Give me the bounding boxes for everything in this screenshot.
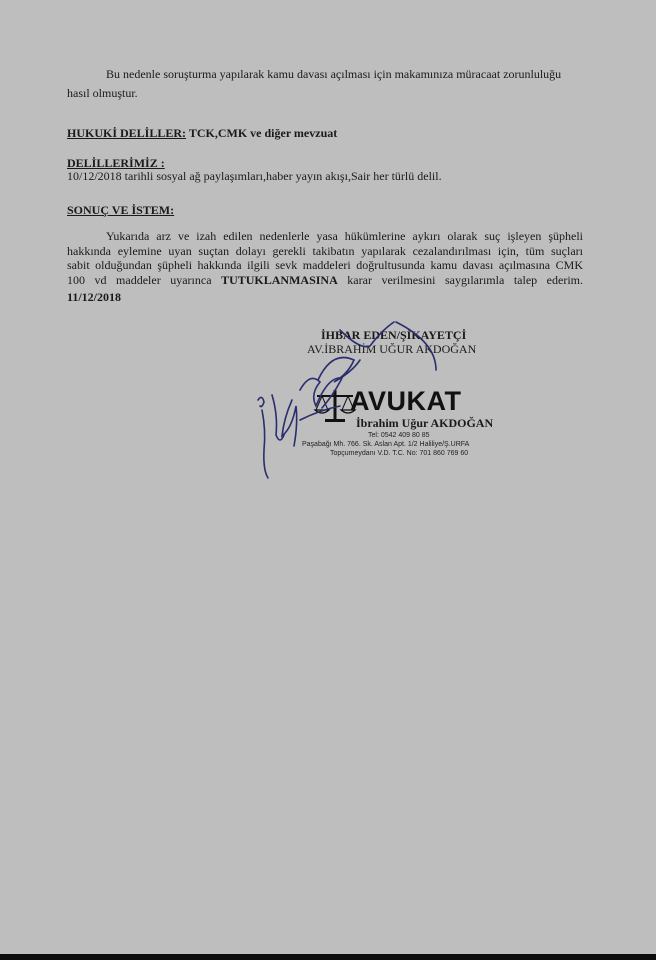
document-page: Bu nedenle soruşturma yapılarak kamu dav… [0,0,656,954]
handwritten-signature [0,0,656,960]
bottom-edge-bar [0,954,656,960]
